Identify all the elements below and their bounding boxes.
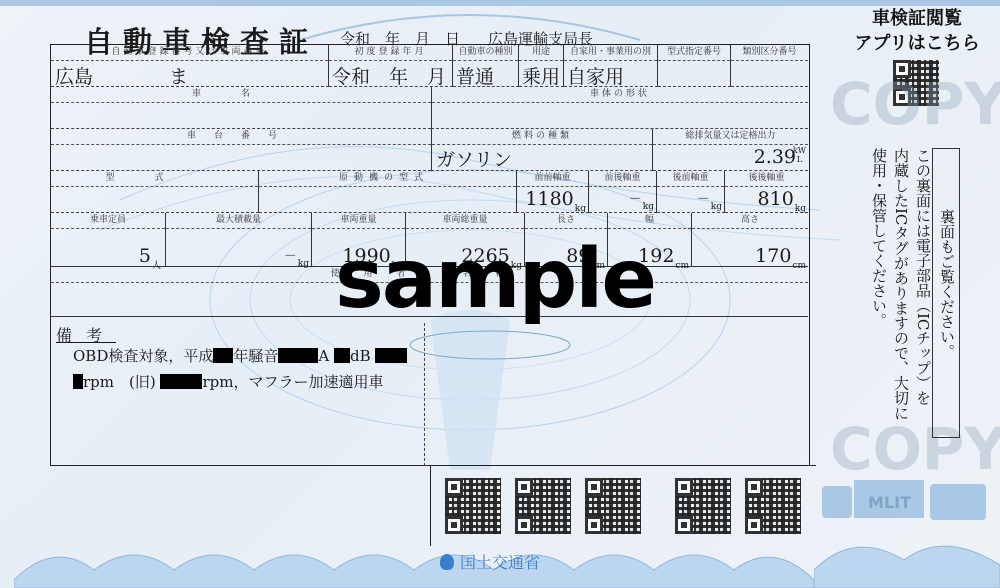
- copy-mark-top: COPY: [830, 70, 1000, 138]
- truck-icon: MLIT: [822, 478, 992, 526]
- truck-label: MLIT: [868, 493, 911, 512]
- redaction-block: [375, 348, 407, 363]
- remarks-text: 年騒音: [233, 347, 278, 365]
- max-load-number: －: [284, 249, 297, 264]
- first-registration-value: 令和 年 月: [332, 62, 446, 89]
- front-rear-axle-label: 前後軸重: [589, 171, 656, 187]
- front-front-axle-number: 1180: [525, 188, 573, 210]
- redaction-block: [213, 348, 233, 363]
- fuel-type-value: ガソリン: [436, 145, 512, 172]
- rear-front-axle-cell: 後前軸重 －kg: [657, 171, 725, 213]
- displacement-value: 2.39: [754, 146, 796, 168]
- front-front-axle-label: 前前軸重: [517, 171, 588, 187]
- qr-code-5: [745, 478, 801, 534]
- capacity-cell: 乗車定員 5人: [51, 213, 166, 267]
- engine-model-cell: 原動機の型式: [259, 171, 516, 213]
- remarks-text: OBD検査対象，平成: [73, 347, 213, 365]
- height-number: 170: [755, 245, 791, 267]
- notice-boxed-text: 裏面もご覧ください。: [937, 209, 957, 359]
- private-business-cell: 自家用・事業用の別 自家用: [564, 45, 658, 87]
- chassis-number-cell: 車台番号: [51, 129, 431, 171]
- qr-code-4: [675, 478, 731, 534]
- registration-number-label: 自動車登録番号又は車両番号: [51, 45, 328, 61]
- category-number-label: 類別区分番号: [731, 45, 808, 61]
- notice-text-col-1: この裏面には電子部品（ICチップ）を: [913, 148, 933, 405]
- redaction-block: [278, 348, 318, 363]
- vehicle-kind-label: 自動車の種別: [453, 45, 518, 61]
- vehicle-name-label: 車名: [51, 87, 431, 103]
- front-rear-axle-value: －kg: [629, 188, 654, 212]
- registration-number-value: 広島 ま: [55, 62, 188, 89]
- vehicle-name-cell: 車名: [51, 87, 431, 129]
- chassis-number-label: 車台番号: [51, 129, 431, 145]
- usage-cell: 用途 乗用: [519, 45, 564, 87]
- remarks-text: rpm，マフラー加速適用車: [202, 373, 383, 391]
- rear-rear-axle-value: 810kg: [758, 188, 806, 214]
- registration-number-cell: 自動車登録番号又は車両番号 広島 ま: [51, 45, 329, 87]
- vehicle-weight-label: 車両重量: [312, 213, 405, 229]
- rear-front-axle-value: －kg: [697, 188, 722, 212]
- gross-weight-label: 車両総重量: [406, 213, 524, 229]
- front-rear-axle-cell: 前後軸重 －kg: [589, 171, 657, 213]
- app-promo-title: 車検証閲覧 アプリはこちら: [842, 6, 992, 56]
- remarks-line-1: OBD検査対象，平成年騒音A dB: [73, 345, 407, 366]
- rear-rear-axle-cell: 後後軸重 810kg: [725, 171, 808, 213]
- model-label: 型式: [51, 171, 258, 187]
- redaction-block: [160, 374, 202, 389]
- max-load-cell: 最大積載量 －kg: [166, 213, 312, 267]
- remarks-line-2: rpm (旧) rpm，マフラー加速適用車: [73, 371, 383, 392]
- usage-label: 用途: [519, 45, 563, 61]
- scalloped-border-right: [814, 520, 1000, 588]
- displacement-cell: 総排気量又は定格出力 2.39 kW L: [653, 129, 808, 171]
- front-rear-axle-number: －: [629, 192, 642, 207]
- private-business-value: 自家用: [567, 62, 624, 89]
- rear-front-axle-label: 後前軸重: [657, 171, 724, 187]
- qr-code-2: [515, 478, 571, 534]
- displacement-unit: kW L: [793, 146, 806, 164]
- mlit-logo-icon: [440, 554, 454, 570]
- qr-code-1: [445, 478, 501, 534]
- type-designation-cell: 型式指定番号: [658, 45, 731, 87]
- vehicle-kind-cell: 自動車の種別 普通: [453, 45, 519, 87]
- body-shape-cell: 車体の形状: [431, 87, 808, 129]
- first-registration-label: 初度登録年月: [329, 45, 452, 61]
- notice-text-col-2: 内蔵したICタグがありますので、大切に: [891, 148, 911, 420]
- copy-mark-bottom: COPY: [830, 415, 1000, 483]
- app-promo-line-2: アプリはこちら: [842, 31, 992, 56]
- capacity-label: 乗車定員: [51, 213, 165, 229]
- rear-rear-axle-number: 810: [758, 188, 794, 210]
- vehicle-kind-value: 普通: [456, 62, 494, 89]
- remarks-text: dB: [350, 347, 371, 365]
- remarks-text: A: [318, 347, 329, 365]
- private-business-label: 自家用・事業用の別: [564, 45, 657, 61]
- front-front-axle-value: 1180kg: [525, 188, 586, 214]
- category-number-cell: 類別区分番号: [731, 45, 808, 87]
- fuel-type-label: 燃料の種類: [432, 129, 652, 145]
- displacement-label: 総排気量又は定格出力: [653, 129, 808, 145]
- qr-code-3: [585, 478, 641, 534]
- engine-model-label: 原動機の型式: [259, 171, 516, 187]
- ministry-name: 国土交通省: [460, 550, 540, 573]
- capacity-number: 5: [139, 245, 151, 267]
- rear-rear-axle-label: 後後軸重: [725, 171, 808, 187]
- ministry-logo: 国土交通省: [440, 550, 540, 573]
- remarks-text: rpm (旧): [83, 373, 156, 391]
- front-front-axle-cell: 前前軸重 1180kg: [516, 171, 589, 213]
- height-label: 高さ: [692, 213, 808, 229]
- max-load-label: 最大積載量: [166, 213, 311, 229]
- width-label: 幅: [608, 213, 691, 229]
- body-shape-label: 車体の形状: [432, 87, 808, 103]
- notice-text-col-3: 使用・保管してください。: [869, 148, 889, 328]
- front-rear-axle-unit: kg: [643, 202, 654, 212]
- model-cell: 型式: [51, 171, 259, 213]
- rear-front-axle-unit: kg: [711, 202, 722, 212]
- type-designation-label: 型式指定番号: [658, 45, 730, 61]
- displacement-unit-l: L: [793, 155, 806, 164]
- app-promo-line-1: 車検証閲覧: [842, 6, 992, 31]
- displacement-unit-kw: kW: [793, 146, 806, 155]
- usage-value: 乗用: [522, 62, 560, 89]
- rear-front-axle-number: －: [697, 192, 710, 207]
- remarks-title: 備考: [56, 323, 116, 346]
- height-cell: 高さ 170cm: [692, 213, 808, 267]
- notice-box: 裏面もご覧ください。: [932, 148, 960, 438]
- fuel-type-cell: 燃料の種類 ガソリン: [431, 129, 653, 171]
- redaction-block: [73, 374, 83, 389]
- scalloped-border: [14, 540, 814, 588]
- sample-watermark: sample: [335, 232, 655, 327]
- first-registration-cell: 初度登録年月 令和 年 月: [329, 45, 453, 87]
- redaction-block: [334, 348, 350, 363]
- remarks-divider: [424, 323, 425, 466]
- max-load-value: －kg: [284, 245, 309, 269]
- length-label: 長さ: [525, 213, 607, 229]
